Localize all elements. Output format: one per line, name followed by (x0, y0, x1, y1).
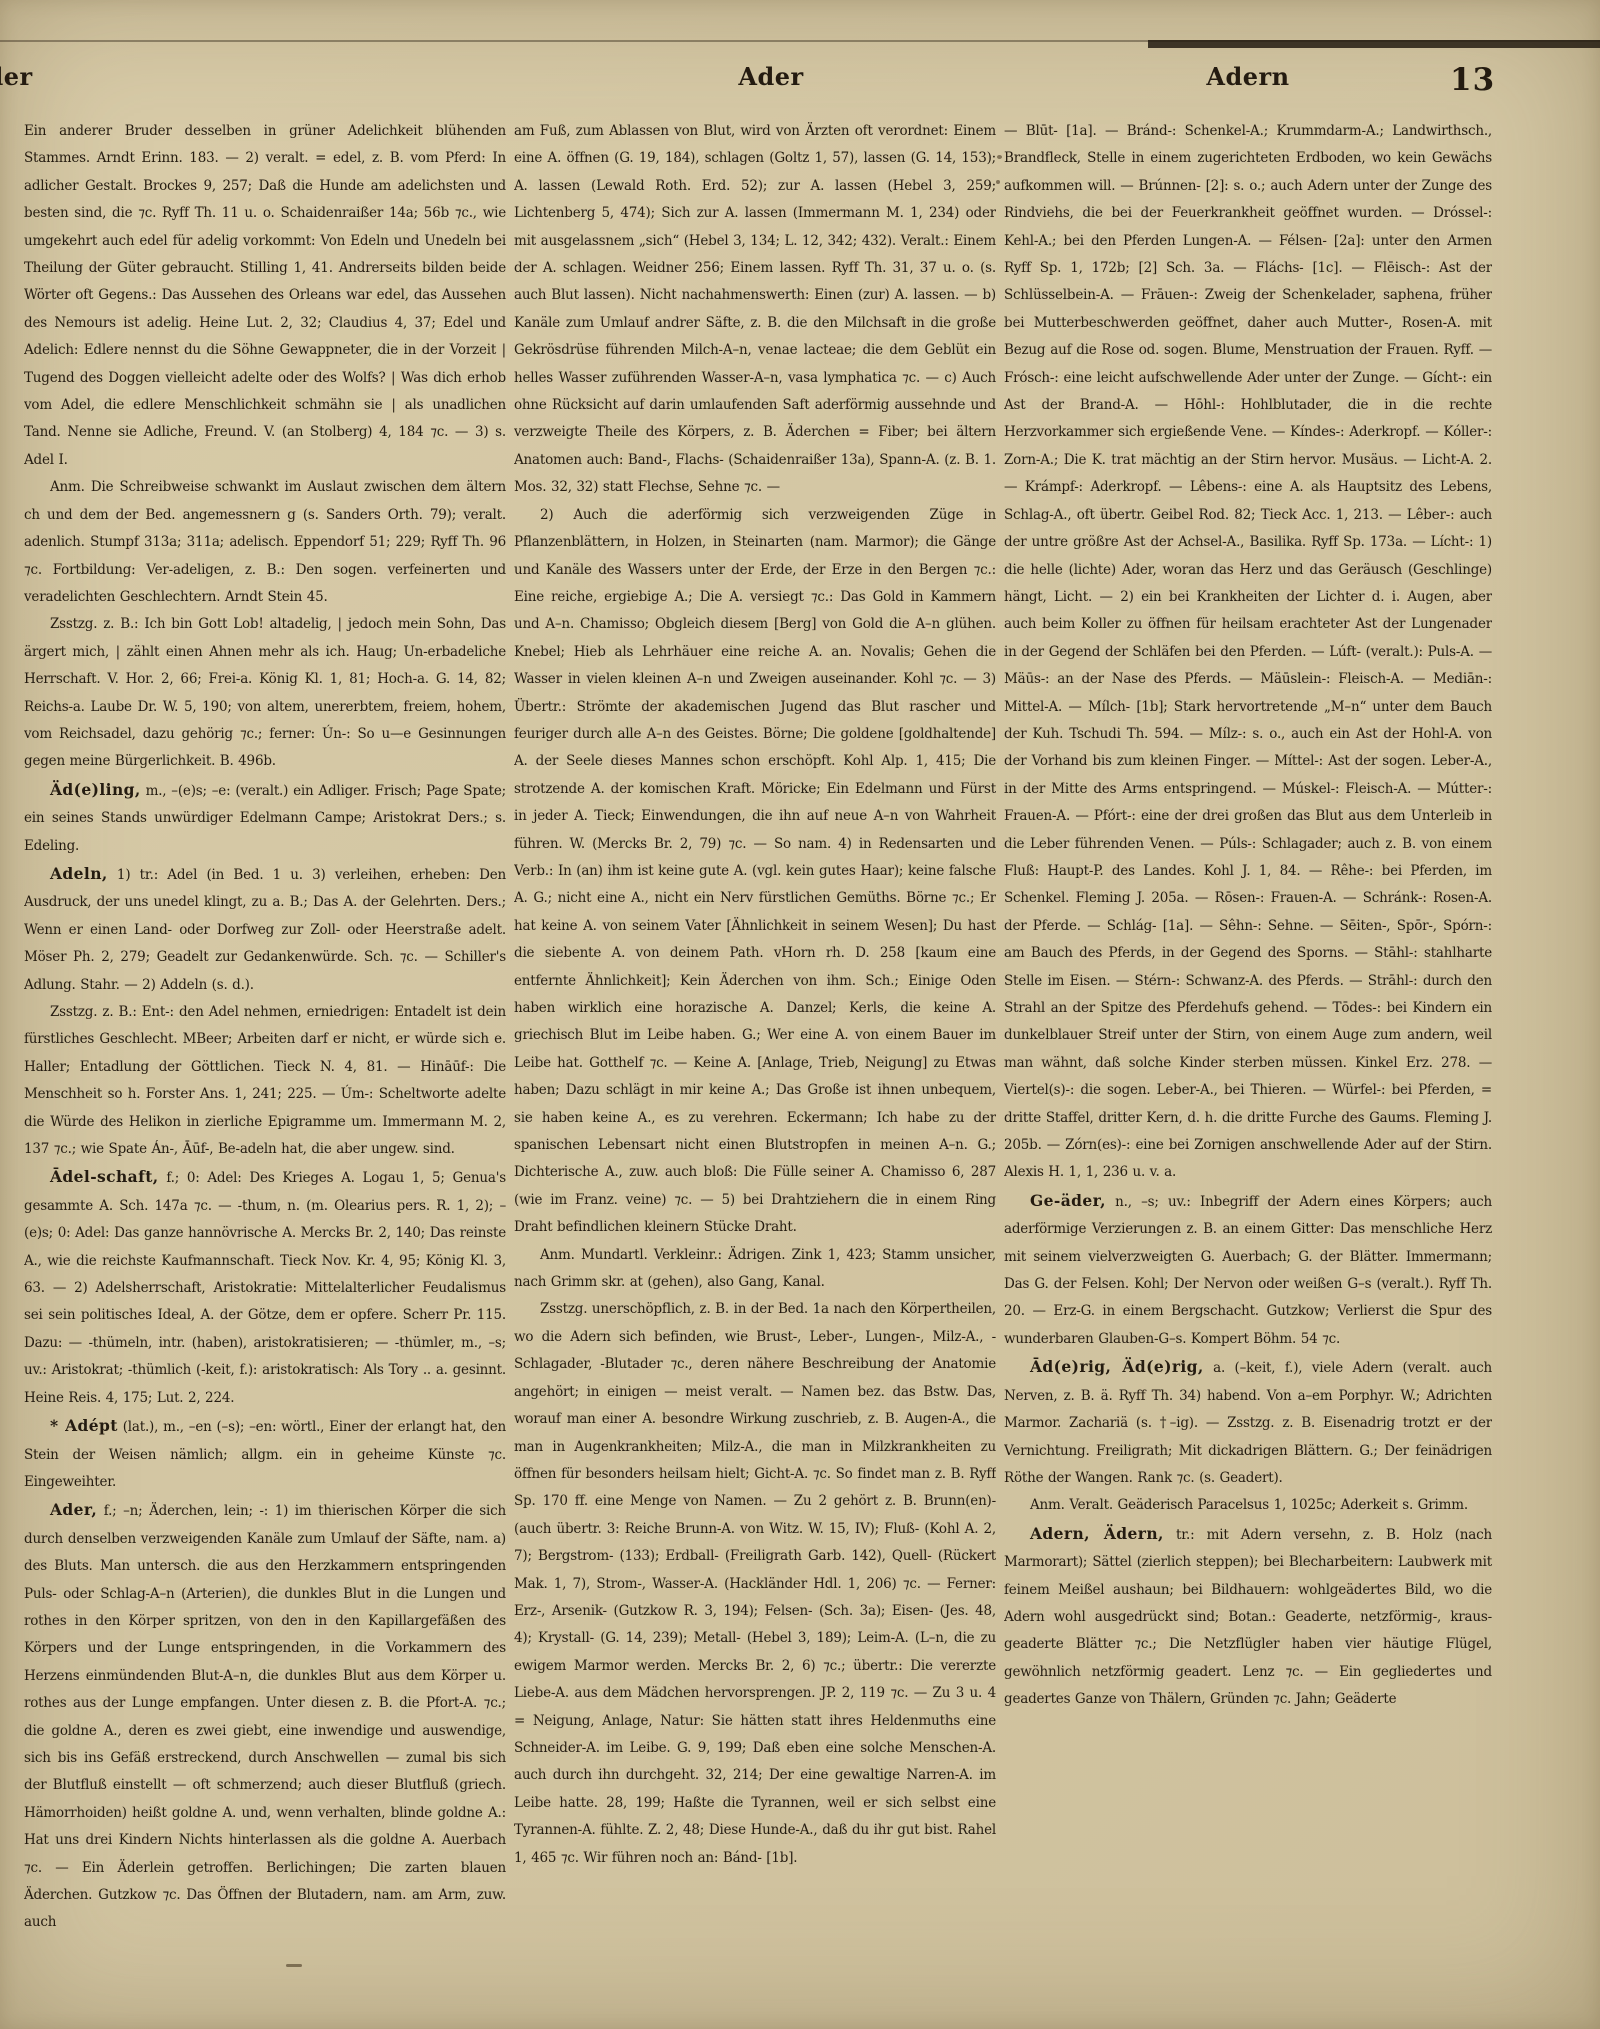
paragraph-text: am Fuß, zum Ablassen von Blut, wird von … (514, 123, 996, 495)
entry-headword: * Adépt (50, 1416, 118, 1435)
entry-adeling: Äd(e)ling, m., –(e)s; –e: (veralt.) ein … (24, 776, 506, 860)
text-column-3: — Blūt- [1a]. — Bránd-: Schenkel-A.; Kru… (1004, 118, 1492, 1980)
paragraph: am Fuß, zum Ablassen von Blut, wird von … (514, 118, 996, 502)
entry-headword: Ādel-schaft, (50, 1167, 159, 1186)
paragraph-text: Anm. Die Schreibweise schwankt im Auslau… (24, 479, 506, 605)
entry-ader: Ader, f.; –n; Äderchen, lein; -: 1) im t… (24, 1496, 506, 1937)
paragraph-text: — Blūt- [1a]. — Bránd-: Schenkel-A.; Kru… (1004, 123, 1492, 1180)
paragraph: Zsstzg. z. B.: Ich bin Gott Lob! altadel… (24, 611, 506, 775)
entry-headword: Äd(e)ling, (50, 780, 141, 799)
entry-adeln: Adeln, 1) tr.: Adel (in Bed. 1 u. 3) ver… (24, 860, 506, 999)
entry-adern: Adern, Ädern, tr.: mit Adern versehn, z.… (1004, 1520, 1492, 1714)
paragraph: Anm. Die Schreibweise schwankt im Auslau… (24, 474, 506, 611)
entry-adelschaft: Ādel-schaft, f.; 0: Adel: Des Krieges A.… (24, 1163, 506, 1412)
text-column-2: am Fuß, zum Ablassen von Blut, wird von … (514, 118, 996, 1980)
paragraph: Anm. Veralt. Geäderisch Paracelsus 1, 10… (1004, 1492, 1492, 1519)
paragraph-text: Zsstzg. z. B.: Ich bin Gott Lob! altadel… (24, 616, 506, 769)
paragraph-text: Zsstzg. z. B.: Ent-: den Adel nehmen, er… (24, 1004, 506, 1157)
entry-geaeder: Ge-äder, n., –s; uv.: Inbegriff der Ader… (1004, 1187, 1492, 1353)
running-head-right: Adern (1206, 62, 1289, 91)
paragraph-text: f.; 0: Adel: Des Krieges A. Logau 1, 5; … (24, 1170, 506, 1405)
running-head-left: Ader (0, 62, 33, 91)
paragraph-text: 1) tr.: Adel (in Bed. 1 u. 3) verleihen,… (24, 867, 506, 993)
ink-speck (997, 155, 1002, 159)
dictionary-page-scan: Ader Ader Adern 13 Ein anderer Bruder de… (0, 0, 1600, 2029)
running-head-center: Ader (738, 62, 803, 91)
scan-edge-artifact (1148, 40, 1600, 48)
entry-headword: Ader, (50, 1500, 97, 1519)
paragraph: Zsstzg. unerschöpflich, z. B. in der Bed… (514, 1296, 996, 1872)
entry-headword: Adern, Ädern, (1030, 1524, 1164, 1543)
paragraph-text: a. (–keit, f.), viele Adern (veralt. auc… (1004, 1360, 1492, 1486)
paragraph: Zsstzg. z. B.: Ent-: den Adel nehmen, er… (24, 999, 506, 1163)
ink-speck (996, 180, 1000, 184)
entry-adept: * Adépt (lat.), m., –en (–s); –en: wörtl… (24, 1412, 506, 1496)
paragraph-text: n., –s; uv.: Inbegriff der Adern eines K… (1004, 1194, 1492, 1347)
paragraph: — Blūt- [1a]. — Bránd-: Schenkel-A.; Kru… (1004, 118, 1492, 1187)
entry-headword: Ge-äder, (1030, 1191, 1106, 1210)
entry-adrig: Ād(e)rig, Äd(e)rig, a. (–keit, f.), viel… (1004, 1353, 1492, 1492)
paragraph-text: Anm. Mundartl. Verkleinr.: Ädrigen. Zink… (514, 1247, 996, 1290)
paragraph: 2) Auch die aderförmig sich verzweigende… (514, 502, 996, 1242)
paragraph-text: tr.: mit Adern versehn, z. B. Holz (nach… (1004, 1527, 1492, 1707)
page-number: 13 (1450, 62, 1495, 98)
paragraph-text: Zsstzg. unerschöpflich, z. B. in der Bed… (514, 1301, 996, 1865)
paragraph: Anm. Mundartl. Verkleinr.: Ädrigen. Zink… (514, 1242, 996, 1297)
paragraph: Ein anderer Bruder desselben in grüner A… (24, 118, 506, 474)
entry-headword: Ād(e)rig, Äd(e)rig, (1030, 1357, 1204, 1376)
paragraph-text: 2) Auch die aderförmig sich verzweigende… (514, 507, 996, 1236)
paragraph-text: Ein anderer Bruder desselben in grüner A… (24, 123, 506, 468)
paragraph-text: f.; –n; Äderchen, lein; -: 1) im thieris… (24, 1503, 506, 1930)
text-column-1: Ein anderer Bruder desselben in grüner A… (24, 118, 506, 1980)
entry-headword: Adeln, (50, 864, 108, 883)
paragraph-text: Anm. Veralt. Geäderisch Paracelsus 1, 10… (1030, 1497, 1468, 1513)
